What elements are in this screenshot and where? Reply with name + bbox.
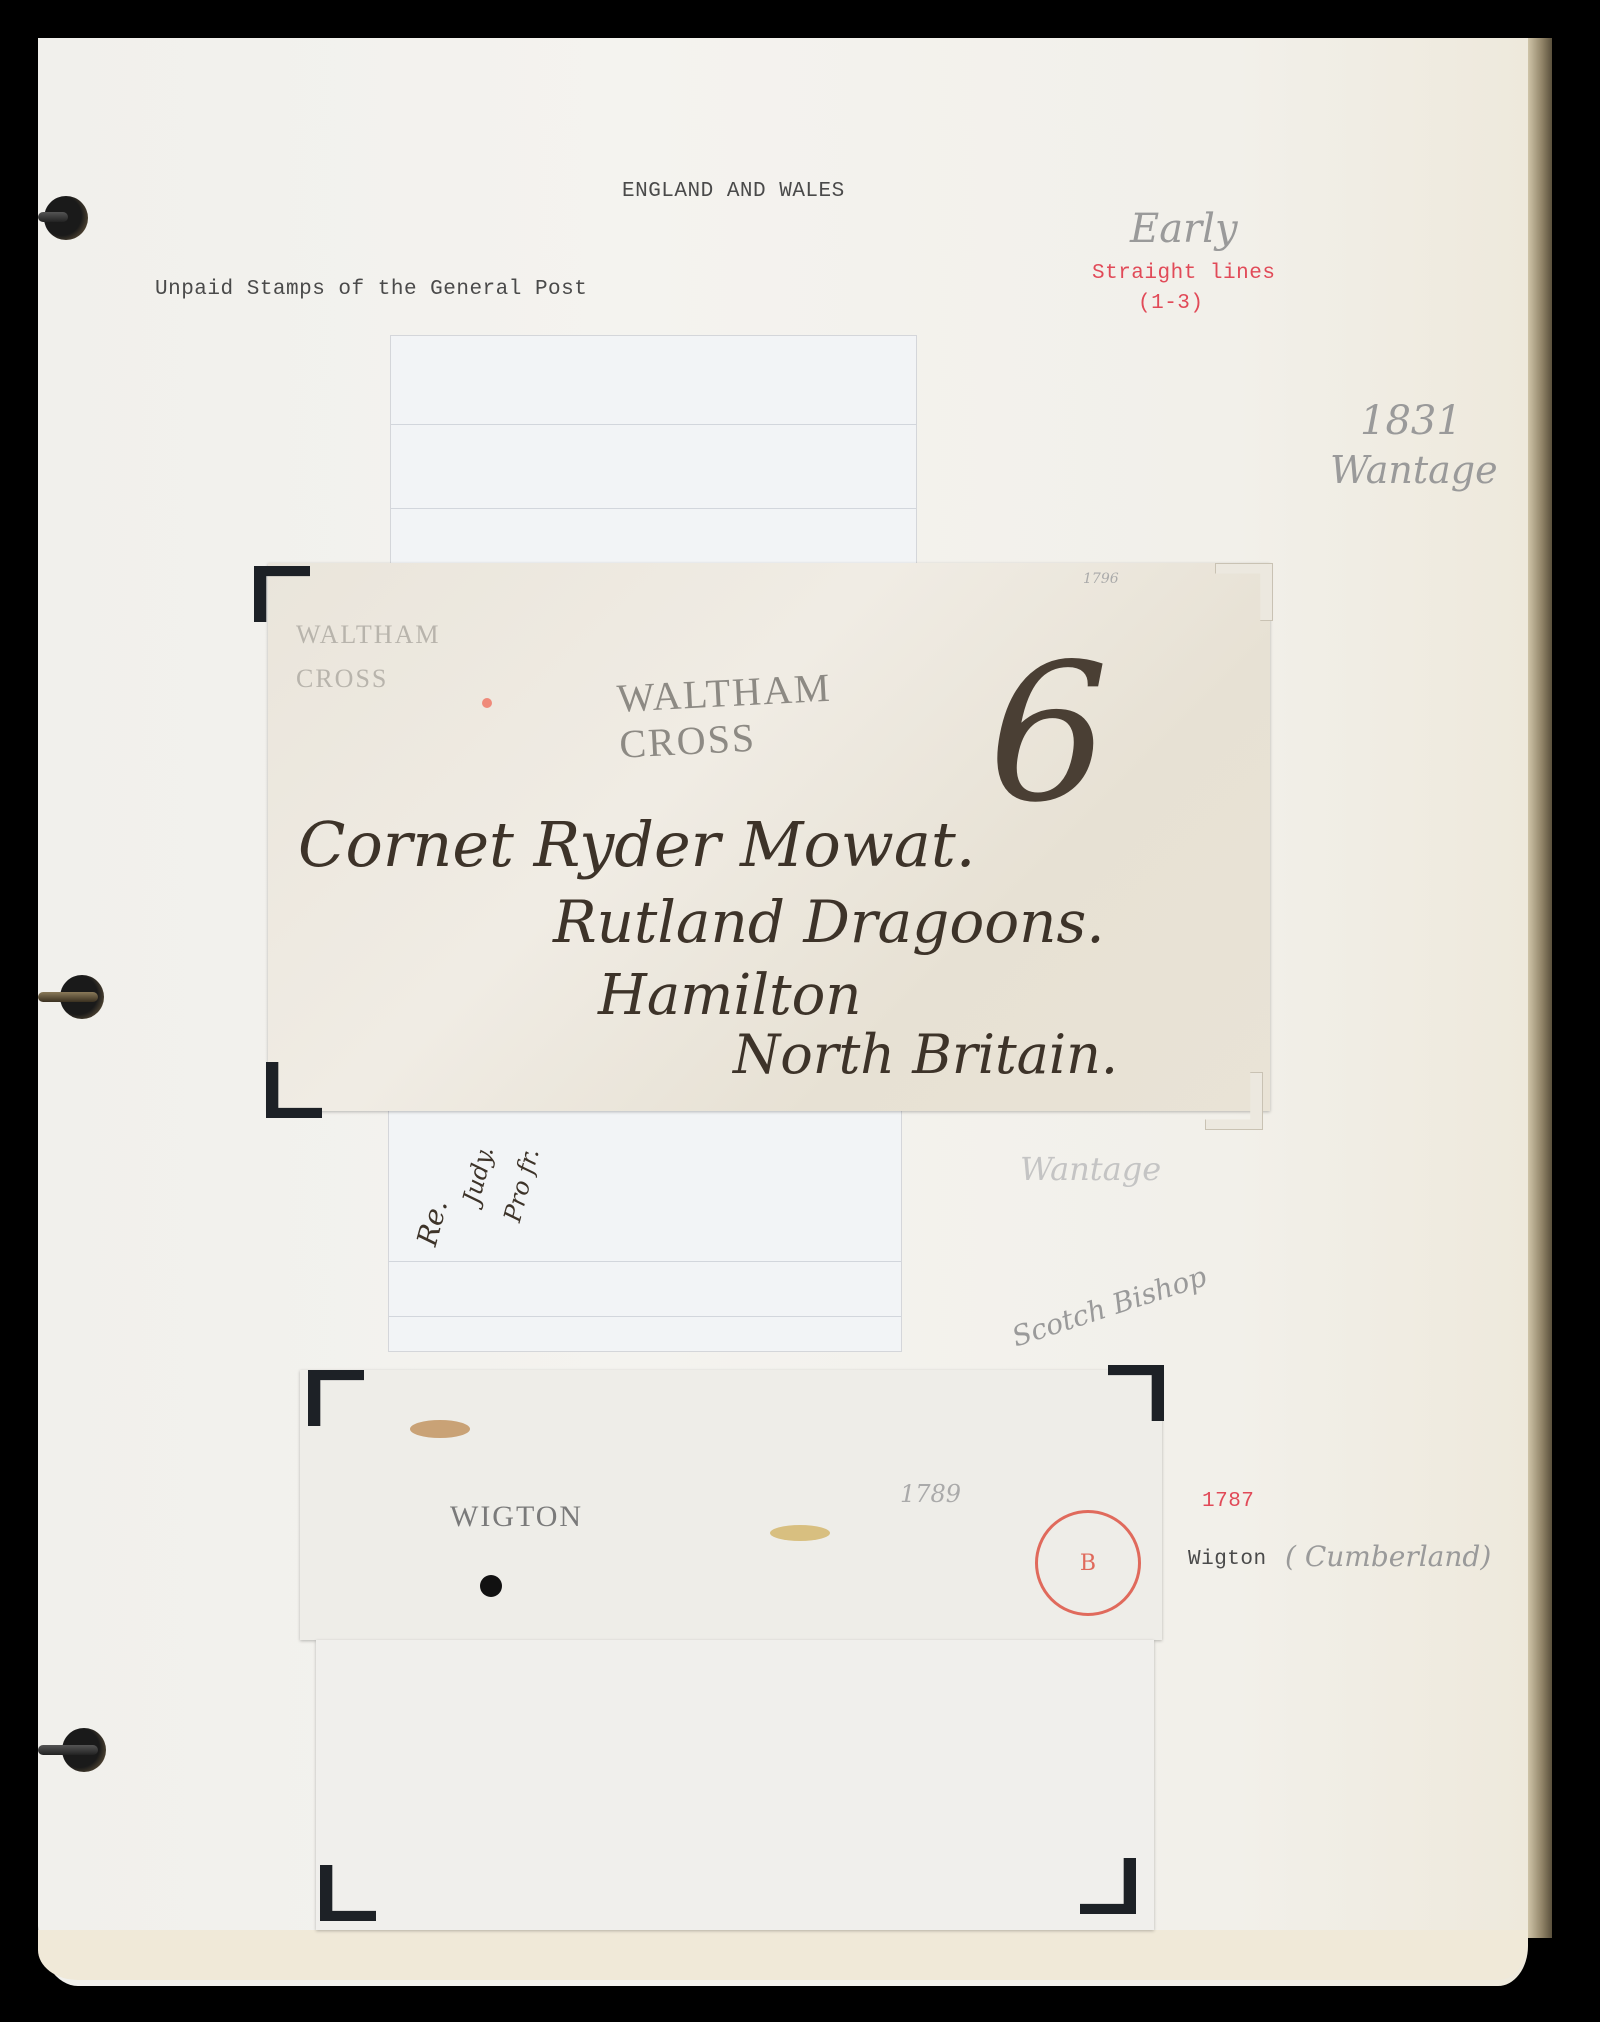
- postmark-waltham-cross: WALTHAM CROSS: [616, 660, 920, 768]
- address-line-3: Hamilton: [598, 963, 861, 1028]
- binder-ring-top: [38, 212, 68, 222]
- cover2-letter: WIGTON 1789 B: [300, 1370, 1162, 1640]
- docket-note-1: Re.: [410, 1196, 454, 1250]
- address-line-1: Cornet Ryder Mowat.: [298, 808, 975, 881]
- album-page-stack-edge: [1528, 38, 1552, 1938]
- docket-year: 1796: [1083, 571, 1119, 587]
- category-range: (1-3): [1138, 292, 1204, 315]
- cover1-back-sheet: [390, 335, 917, 567]
- page-subheading: Unpaid Stamps of the General Post: [155, 278, 587, 301]
- cover1-lower-sheet: Re. Judy. Pro fr.: [388, 1110, 902, 1352]
- binder-ring-bottom: [38, 1745, 98, 1755]
- stain: [770, 1525, 830, 1541]
- docket-note-2: Judy.: [457, 1143, 499, 1207]
- docket-note-3: Pro fr.: [498, 1145, 544, 1225]
- category-pencil-note: Early: [1130, 206, 1238, 252]
- cover2-year: 1787: [1202, 1490, 1254, 1513]
- cover1-letter: WALTHAM CROSS WALTHAM CROSS 6 1796 Corne…: [268, 563, 1270, 1111]
- cover2-town: Wigton: [1188, 1548, 1267, 1571]
- red-postmark: B: [1035, 1510, 1141, 1616]
- page-heading: ENGLAND AND WALES: [622, 180, 845, 203]
- address-line-4: North Britain.: [733, 1023, 1118, 1086]
- cover1-year-note: 1831: [1360, 398, 1462, 444]
- ink-blot: [480, 1575, 502, 1597]
- rate-mark: 6: [988, 623, 1109, 844]
- stain: [410, 1420, 470, 1438]
- postmark-wigton: WIGTON: [450, 1500, 583, 1534]
- album-page-bottom-edge: [38, 1930, 1528, 1980]
- cover2-county-note: ( Cumberland): [1285, 1540, 1491, 1573]
- faint-postmark: WALTHAM CROSS: [296, 613, 456, 701]
- binder-ring-middle: [38, 992, 98, 1002]
- red-speck: [482, 698, 492, 708]
- cover2-lower-sheet: [316, 1640, 1154, 1930]
- cover1-place-note: Wantage: [1330, 448, 1498, 492]
- category-label: Straight lines: [1092, 262, 1275, 285]
- cover2-year-note: 1789: [900, 1480, 961, 1508]
- address-line-2: Rutland Dragoons.: [553, 888, 1105, 956]
- margin-pencil-note: Wantage: [1020, 1150, 1161, 1188]
